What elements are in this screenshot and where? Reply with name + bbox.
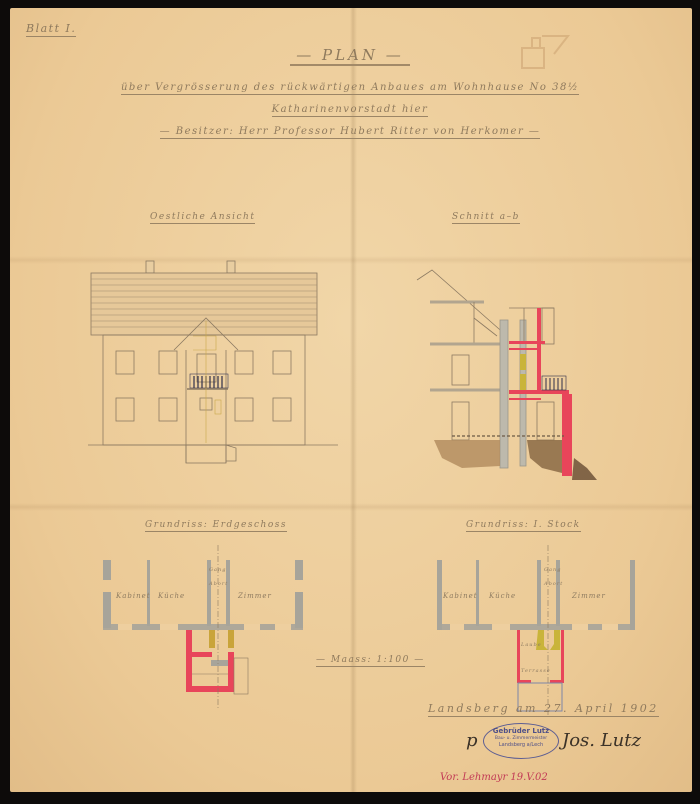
- owner-line-text: — Besitzer: Herr Professor Hubert Ritter…: [160, 126, 541, 139]
- scale-note: — Maass: 1:100 —: [316, 655, 425, 667]
- east-elevation-label: Oestliche Ansicht: [150, 212, 255, 224]
- subtitle-line-1: über Vergrösserung des rückwärtigen Anba…: [0, 82, 700, 93]
- owner-line: — Besitzer: Herr Professor Hubert Ritter…: [0, 126, 700, 137]
- ff-annex-laube: Laube: [521, 642, 542, 648]
- ff-room-kabinet: Kabinet: [443, 592, 478, 600]
- ff-corridor-gang: Gang: [544, 567, 561, 573]
- plan-title: — PLAN —: [0, 46, 700, 64]
- subtitle-line-1-text: über Vergrösserung des rückwärtigen Anba…: [121, 82, 579, 95]
- first-floor-plan-drawing: [432, 540, 642, 710]
- signature: Jos. Lutz: [562, 730, 641, 751]
- signature-prefix: p: [466, 730, 478, 751]
- ground-floor-plan-drawing: [100, 540, 310, 710]
- watermark-icon: [520, 30, 578, 70]
- first-floor-label: Grundriss: I. Stock: [466, 520, 581, 532]
- stamp-line-3: Landsberg a/Lech: [484, 742, 558, 748]
- gf-corridor-gang: Gang: [209, 567, 226, 573]
- gf-corridor-abort: Abort: [209, 581, 228, 587]
- section-drawing: [412, 268, 597, 488]
- east-elevation-drawing: [88, 258, 338, 468]
- ff-annex-terrasse: Terrasse: [521, 668, 551, 674]
- place-date: Landsberg am 27. April 1902: [428, 702, 659, 717]
- stamp-line-1: Gebrüder Lutz: [484, 727, 558, 735]
- ff-room-kueche: Küche: [489, 592, 516, 600]
- sheet-label: Blatt I.: [26, 22, 76, 37]
- red-annotation: Vor. Lehmayr 19.V.02: [440, 772, 548, 783]
- section-label: Schnitt a–b: [452, 212, 520, 224]
- plan-title-text: — PLAN —: [290, 46, 410, 66]
- gf-room-kabinet: Kabinet: [116, 592, 151, 600]
- ff-room-zimmer: Zimmer: [572, 592, 606, 600]
- gf-room-zimmer: Zimmer: [238, 592, 272, 600]
- subtitle-line-2-text: Katharinenvorstadt hier: [272, 104, 429, 117]
- ff-corridor-abort: Abort: [544, 581, 563, 587]
- company-stamp: Gebrüder Lutz Bau- u. Zimmermeister Land…: [483, 723, 559, 759]
- gf-room-kueche: Küche: [158, 592, 185, 600]
- ground-floor-label: Grundriss: Erdgeschoss: [145, 520, 287, 532]
- stamp-line-2: Bau- u. Zimmermeister: [484, 736, 558, 741]
- subtitle-line-2: Katharinenvorstadt hier: [0, 104, 700, 115]
